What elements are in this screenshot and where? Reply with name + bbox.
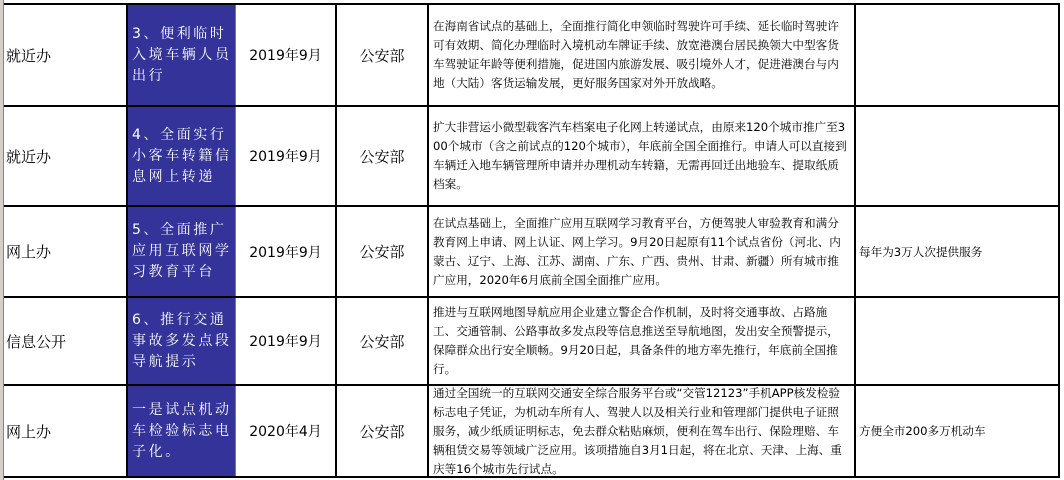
effect-cell[interactable]	[856, 5, 1060, 105]
effect-cell[interactable]: 每年为3万人次提供服务	[856, 207, 1060, 296]
table-row: 网上办 5、全面推广应用互联网学习教育平台 2019年9月 公安部 在试点基础上…	[4, 205, 1060, 296]
service-type-cell[interactable]: 信息公开	[4, 298, 128, 384]
description-cell[interactable]: 在海南省试点的基础上，全面推行简化申领临时驾驶许可手续、延长临时驾驶许可有效期、…	[429, 5, 856, 105]
table-row: 网上办 一是试点机动车检验标志电子化。 2020年4月 公安部 通过全国统一的互…	[4, 384, 1060, 476]
right-edge	[1060, 0, 1064, 480]
effect-cell[interactable]	[856, 298, 1060, 384]
department-cell[interactable]: 公安部	[337, 298, 429, 384]
description-cell[interactable]: 推进与互联网地图导航应用企业建立警企合作机制，及时将交通事故、占路施工、交通管制…	[429, 298, 856, 384]
measure-item-cell[interactable]: 3、便利临时入境车辆人员出行	[128, 5, 236, 105]
department-cell[interactable]: 公安部	[337, 5, 429, 105]
service-type-cell[interactable]: 就近办	[4, 107, 128, 205]
date-cell[interactable]: 2020年4月	[236, 386, 337, 476]
table-row: 就近办 4、全面实行小客车转籍信息网上转递 2019年9月 公安部 扩大非营运小…	[4, 105, 1060, 205]
effect-cell[interactable]	[856, 107, 1060, 205]
date-cell[interactable]: 2019年9月	[236, 107, 337, 205]
date-cell[interactable]: 2019年9月	[236, 5, 337, 105]
description-cell[interactable]: 扩大非营运小微型载客汽车档案电子化网上转递试点，由原来120个城市推广至300个…	[429, 107, 856, 205]
service-type-cell[interactable]: 就近办	[4, 5, 128, 105]
service-type-cell[interactable]: 网上办	[4, 207, 128, 296]
date-cell[interactable]: 2019年9月	[236, 207, 337, 296]
department-cell[interactable]: 公安部	[337, 207, 429, 296]
grid-bottom-border	[4, 476, 1060, 478]
service-type-cell[interactable]: 网上办	[4, 386, 128, 476]
effect-cell[interactable]: 方便全市200多万机动车	[856, 386, 1060, 476]
measure-item-cell[interactable]: 5、全面推广应用互联网学习教育平台	[128, 207, 236, 296]
department-cell[interactable]: 公安部	[337, 386, 429, 476]
measure-item-cell[interactable]: 4、全面实行小客车转籍信息网上转递	[128, 107, 236, 205]
measure-item-cell[interactable]: 一是试点机动车检验标志电子化。	[128, 386, 236, 476]
measure-item-cell[interactable]: 6、推行交通事故多发点段导航提示	[128, 298, 236, 384]
department-cell[interactable]: 公安部	[337, 107, 429, 205]
description-cell[interactable]: 通过全国统一的互联网交通安全综合服务平台或“交管12123”手机APP核发检验标…	[429, 386, 856, 476]
description-cell[interactable]: 在试点基础上，全面推广应用互联网学习教育平台，方便驾驶人审验教育和满分教育网上申…	[429, 207, 856, 296]
date-cell[interactable]: 2019年9月	[236, 298, 337, 384]
table-row: 就近办 3、便利临时入境车辆人员出行 2019年9月 公安部 在海南省试点的基础…	[4, 3, 1060, 105]
table-row: 信息公开 6、推行交通事故多发点段导航提示 2019年9月 公安部 推进与互联网…	[4, 296, 1060, 384]
